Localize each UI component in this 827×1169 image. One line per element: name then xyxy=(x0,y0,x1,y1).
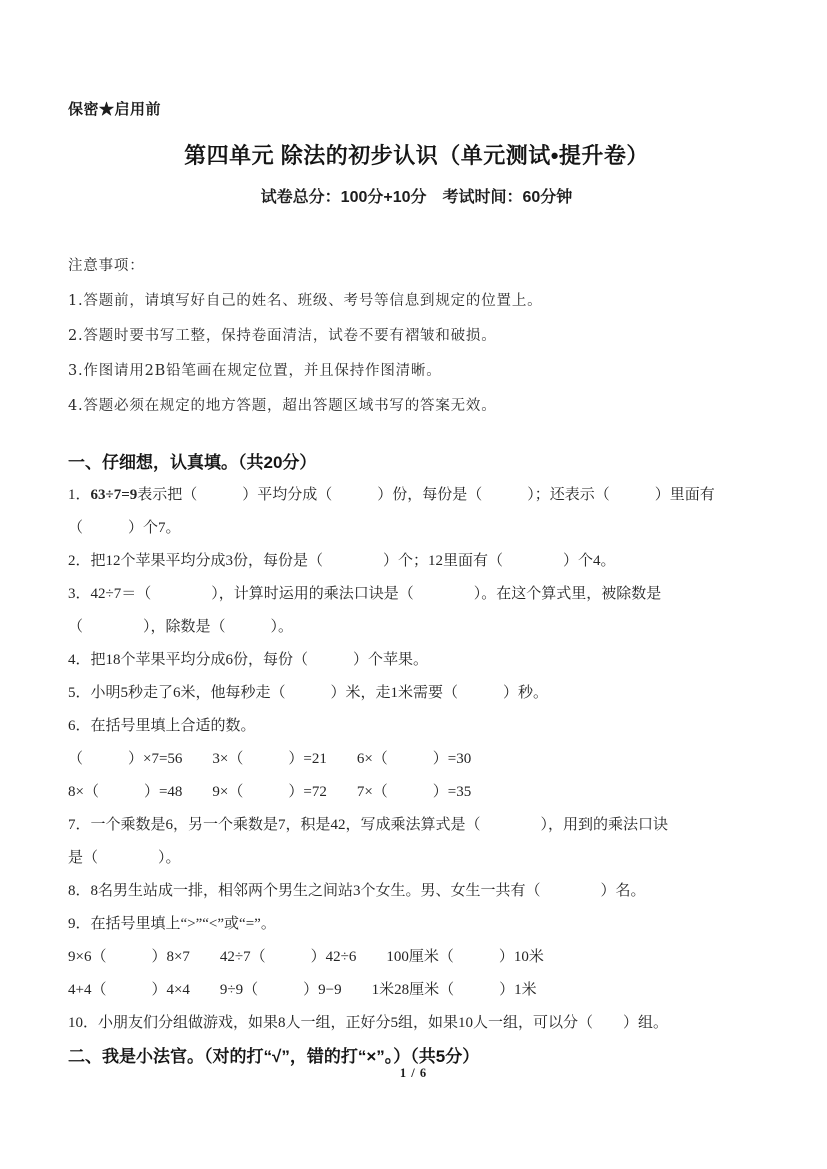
question-1-equation: 63÷7=9 xyxy=(91,487,138,503)
question-5: 5．小明5秒走了6米，他每秒走（ ）米，走1米需要（ ）秒。 xyxy=(68,677,765,710)
exam-notes: 注意事项： 1.答题前，请填写好自己的姓名、班级、考号等信息到规定的位置上。 2… xyxy=(68,249,765,424)
note-item: 2.答题时要书写工整，保持卷面清洁，试卷不要有褶皱和破损。 xyxy=(68,319,765,354)
security-notice: 保密★启用前 xyxy=(68,98,765,119)
note-item: 1.答题前，请填写好自己的姓名、班级、考号等信息到规定的位置上。 xyxy=(68,284,765,319)
note-item: 4.答题必须在规定的地方答题，超出答题区域书写的答案无效。 xyxy=(68,389,765,424)
question-9-comparison-row-2: 4+4（ ）4×4 9÷9（ ）9−9 1米28厘米（ ）1米 xyxy=(68,974,765,1007)
page-number: 1 / 6 xyxy=(0,1066,827,1081)
question-1-line-2: （ ）个7。 xyxy=(68,512,765,545)
question-9-comparison-row-1: 9×6（ ）8×7 42÷7（ ）42÷6 100厘米（ ）10米 xyxy=(68,941,765,974)
question-6: 6．在括号里填上合适的数。 xyxy=(68,710,765,743)
question-8: 8．8名男生站成一排，相邻两个男生之间站3个女生。男、女生一共有（ ）名。 xyxy=(68,875,765,908)
question-6-fill-blank-row-1: （ ）×7=56 3×（ ）=21 6×（ ）=30 xyxy=(68,743,765,776)
page-subtitle: 试卷总分：100分+10分 考试时间：60分钟 xyxy=(68,184,765,207)
section-one-heading: 一、仔细想，认真填。（共20分） xyxy=(68,446,765,479)
question-3-line-2: （ ），除数是（ ）。 xyxy=(68,611,765,644)
question-10: 10．小朋友们分组做游戏，如果8人一组，正好分5组，如果10人一组，可以分（ ）… xyxy=(68,1007,765,1040)
page-content: 保密★启用前 第四单元 除法的初步认识（单元测试•提升卷） 试卷总分：100分+… xyxy=(0,0,827,1073)
question-2: 2．把12个苹果平均分成3份，每份是（ ）个；12里面有（ ）个4。 xyxy=(68,545,765,578)
question-3-line-1: 3．42÷7＝（ ），计算时运用的乘法口诀是（ ）。在这个算式里，被除数是 xyxy=(68,578,765,611)
question-number: 1． xyxy=(68,487,91,503)
question-7-line-1: 7．一个乘数是6，另一个乘数是7，积是42，写成乘法算式是（ ），用到的乘法口诀 xyxy=(68,809,765,842)
note-item: 3.作图请用2B铅笔画在规定位置，并且保持作图清晰。 xyxy=(68,354,765,389)
question-4: 4．把18个苹果平均分成6份，每份（ ）个苹果。 xyxy=(68,644,765,677)
notes-heading: 注意事项： xyxy=(68,249,765,284)
question-6-fill-blank-row-2: 8×（ ）=48 9×（ ）=72 7×（ ）=35 xyxy=(68,776,765,809)
question-7-line-2: 是（ ）。 xyxy=(68,842,765,875)
question-1-text: 表示把（ ）平均分成（ ）份，每份是（ ）；还表示（ ）里面有 xyxy=(137,487,715,503)
question-1-line-1: 1．63÷7=9表示把（ ）平均分成（ ）份，每份是（ ）；还表示（ ）里面有 xyxy=(68,479,765,512)
test-paper-page: 保密★启用前 第四单元 除法的初步认识（单元测试•提升卷） 试卷总分：100分+… xyxy=(0,0,827,1169)
page-title: 第四单元 除法的初步认识（单元测试•提升卷） xyxy=(68,139,765,170)
question-9: 9．在括号里填上“>”“<”或“=”。 xyxy=(68,908,765,941)
